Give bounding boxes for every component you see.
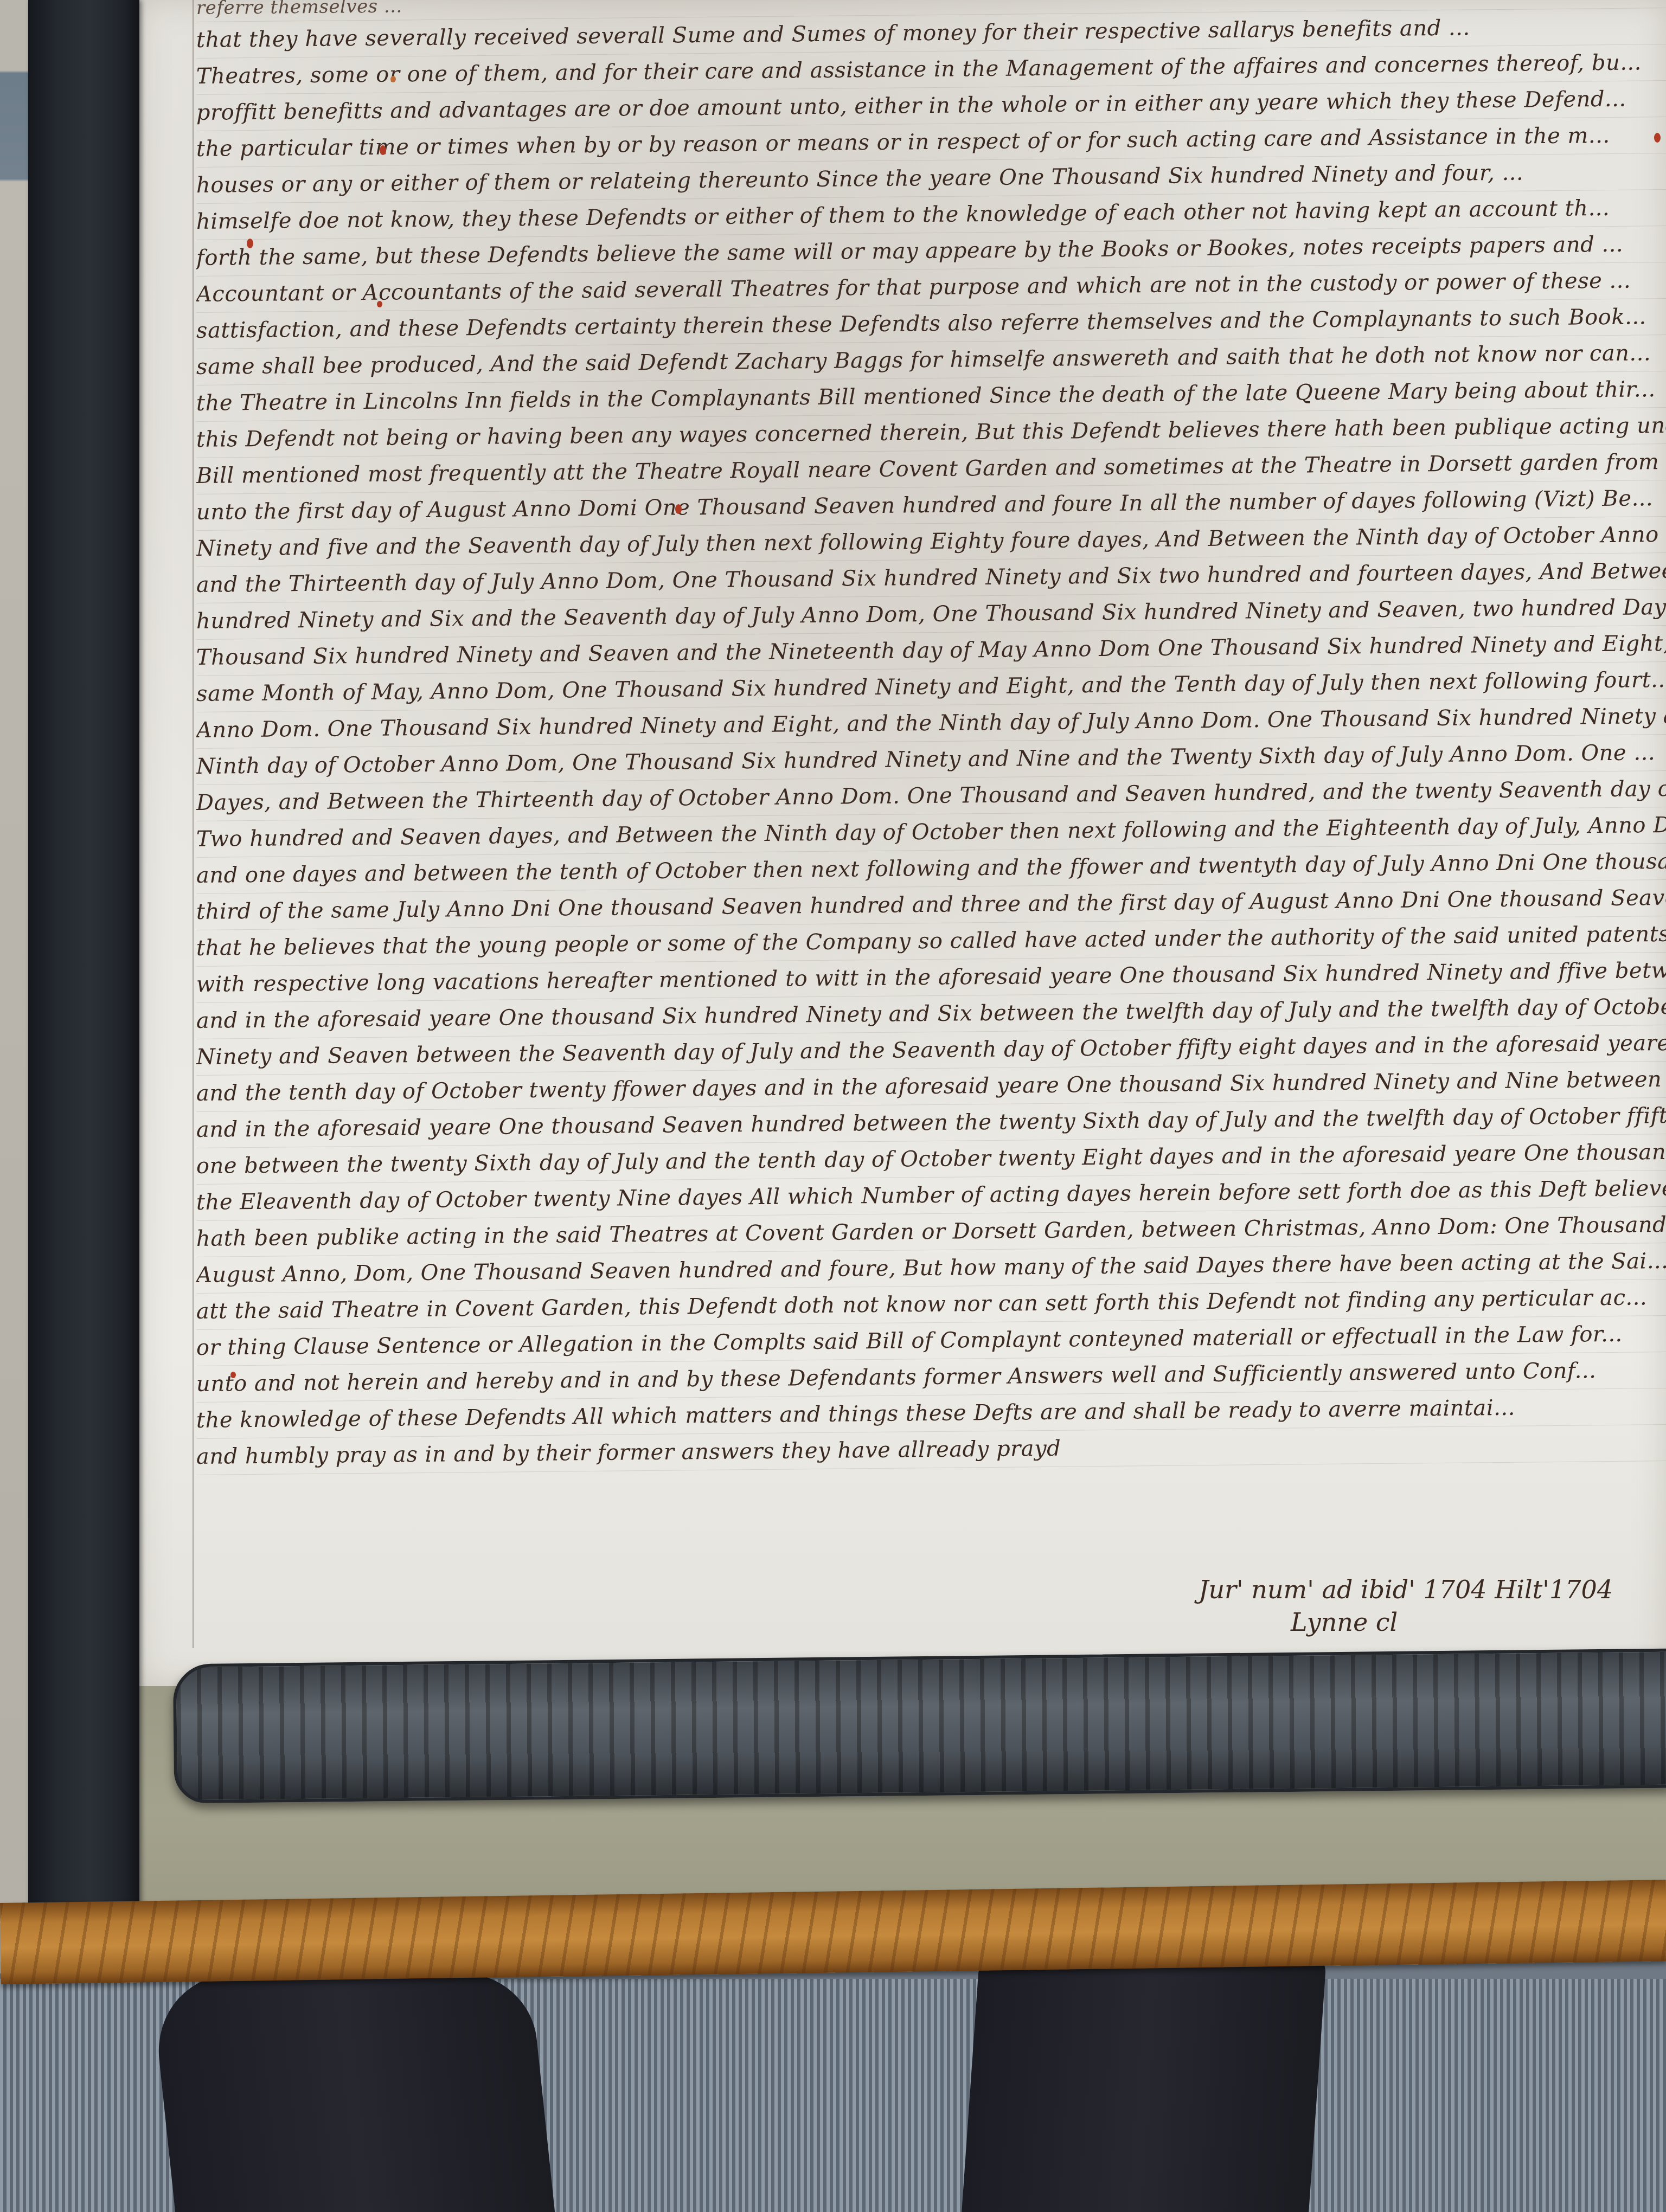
signature-clerk: Lynne cl: [1291, 1607, 1398, 1637]
manuscript-text: referre themselves ... that they have se…: [196, 0, 1666, 1621]
red-ink-mark: [390, 76, 396, 82]
red-ink-mark: [380, 145, 386, 155]
red-ink-mark: [377, 301, 382, 307]
foam-wedge-support: [28, 0, 139, 1963]
photographer-leg-left: [150, 1973, 555, 2212]
photographer-leg-right: [962, 1952, 1327, 2212]
red-ink-mark: [675, 504, 682, 514]
red-ink-mark: [230, 1372, 236, 1378]
foam-roll-support: [173, 1649, 1666, 1804]
red-ink-mark: [247, 239, 253, 248]
red-ink-mark: [1654, 133, 1661, 143]
signature-jurat: Jur' num' ad ibid' 1704 Hilt'1704: [1199, 1575, 1613, 1604]
margin-rule: [193, 0, 194, 1648]
